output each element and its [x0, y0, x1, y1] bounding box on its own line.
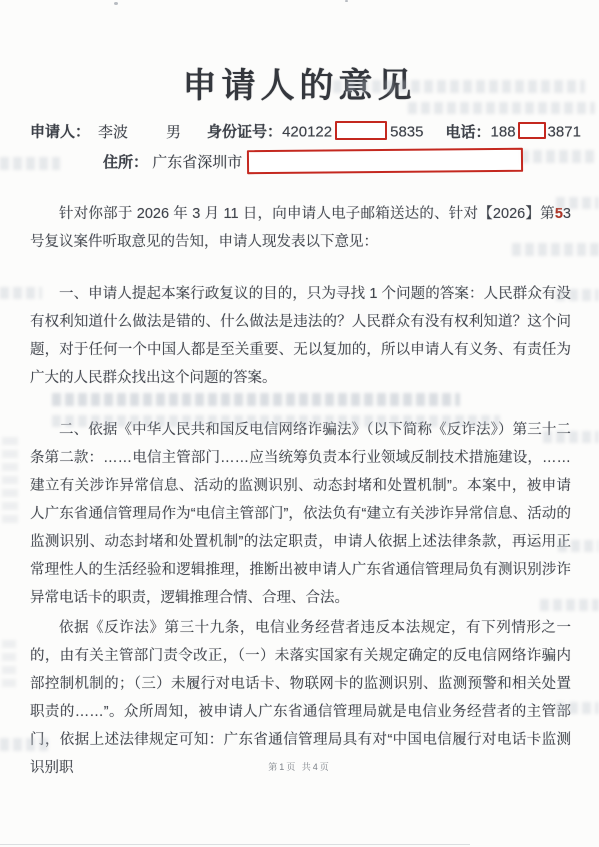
- intro-paragraph: 针对你部于 2026 年 3 月 11 日，向申请人电子邮箱送达的、针对【202…: [30, 200, 571, 256]
- bleedthrough-smudge: [2, 640, 16, 690]
- applicant-info-line2: 住所： 广东省深圳市: [30, 149, 569, 177]
- address-label: 住所：: [103, 154, 148, 171]
- address-visible-text: 广东省深圳市: [152, 154, 242, 171]
- scan-speck: [114, 2, 118, 5]
- phone-suffix: 3871: [548, 124, 581, 141]
- id-number-suffix: 5835: [390, 124, 423, 141]
- address-redaction-box: [247, 148, 523, 174]
- page-title: 申请人的意见: [0, 0, 599, 104]
- document-body: 针对你部于 2026 年 3 月 11 日，向申请人电子邮箱送达的、针对【202…: [30, 200, 571, 782]
- applicant-label: 申请人：: [30, 124, 90, 141]
- paragraph-point-one: 一、申请人提起本案行政复议的目的，只为寻找 1 个问题的答案：人民群众有没有权利…: [30, 280, 571, 392]
- intro-text-before-case-number: 针对你部于 2026 年 3 月 11 日，向申请人电子邮箱送达的、针对【202…: [59, 206, 555, 222]
- scanned-document-page: 申请人的意见 申请人：李波男身份证号：4201225835电话：1883871 …: [0, 0, 599, 847]
- phone-redaction-box: [518, 122, 546, 139]
- paragraph-point-two: 二、依据《中华人民共和国反电信网络诈骗法》（以下简称《反诈法》）第三十二条第二款…: [30, 416, 571, 612]
- phone-prefix: 188: [491, 124, 516, 141]
- paragraph-point-three: 依据《反诈法》第三十九条，电信业务经营者违反本法规定，有下列情形之一的，由有关主…: [30, 614, 571, 782]
- id-number-label: 身份证号：: [207, 124, 282, 141]
- phone-label: 电话：: [446, 124, 491, 141]
- page-number: 第1页 共4页: [0, 760, 599, 773]
- bleedthrough-smudge: [2, 437, 18, 527]
- case-number-red-digit: 5: [555, 206, 563, 222]
- applicant-gender: 男: [166, 124, 181, 141]
- page-edge-shadow: [0, 844, 470, 845]
- id-number-redaction-box: [335, 121, 387, 140]
- scan-speck: [345, 0, 348, 2]
- applicant-name: 李波: [98, 124, 128, 141]
- id-number-prefix: 420122: [282, 124, 332, 141]
- applicant-info-line1: 申请人：李波男身份证号：4201225835电话：1883871: [30, 118, 569, 146]
- applicant-info-block: 申请人：李波男身份证号：4201225835电话：1883871 住所： 广东省…: [30, 118, 569, 176]
